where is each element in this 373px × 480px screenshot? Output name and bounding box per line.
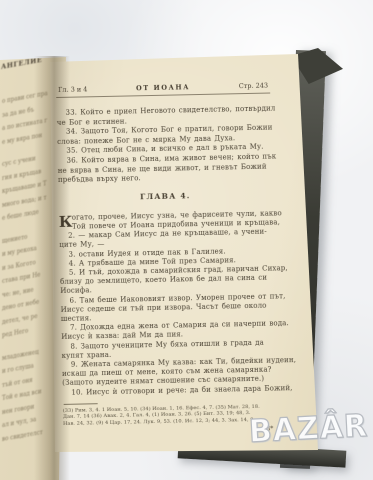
book-photo: АНГЕЛИЕ о прави сег пра за да не бъ а по…: [0, 0, 373, 480]
page-number: Стр. 243: [239, 82, 268, 91]
chapter3-verses: 33. Който е приел Неговото свидетелство,…: [56, 105, 272, 186]
chapter-heading: ГЛАВА 4.: [58, 189, 272, 202]
chapter4-verses: К огато, прочее, Иисус узна, че фарисеит…: [59, 209, 277, 398]
gutter-shadow: [34, 56, 70, 480]
footnotes: (33) Рим. 3, 4. 1 Иоан. 5, 10. (34) Иоан…: [63, 403, 277, 427]
running-title: ОТ ИОАНА: [136, 83, 190, 92]
right-page-content: Гл. 3 и 4 ОТ ИОАНА Стр. 243 33. Който е …: [56, 82, 277, 437]
watermark: BAZÂR: [248, 408, 369, 451]
